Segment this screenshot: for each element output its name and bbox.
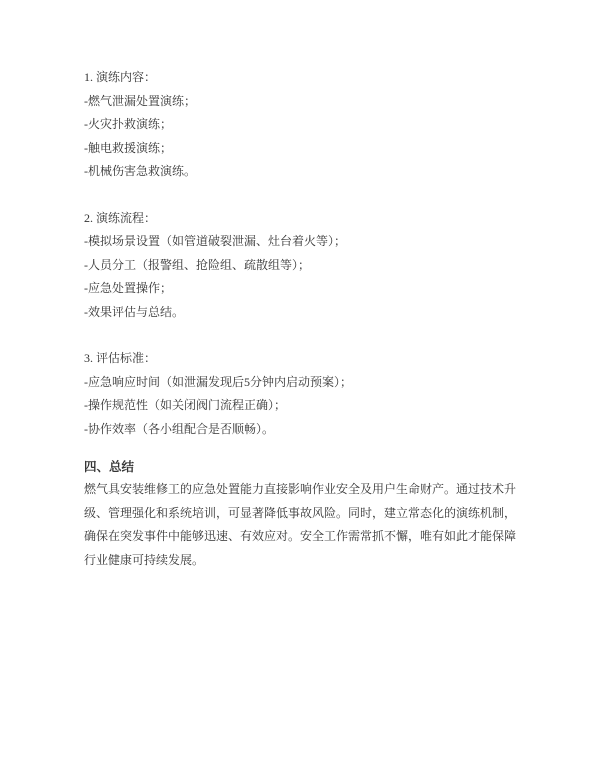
list-item: -触电救援演练； [84,137,516,161]
list-item: -操作规范性（如关闭阀门流程正确）； [84,394,516,418]
list-item: -模拟场景设置（如管道破裂泄漏、灶台着火等）； [84,230,516,254]
list-item: -人员分工（报警组、抢险组、疏散组等）； [84,254,516,278]
list-item: -燃气泄漏处置演练； [84,90,516,114]
section-drill-process: 2. 演练流程： -模拟场景设置（如管道破裂泄漏、灶台着火等）； -人员分工（报… [84,207,516,325]
list-item: -应急响应时间（如泄漏发现后5分钟内启动预案）； [84,371,516,395]
section-drill-content: 1. 演练内容： -燃气泄漏处置演练； -火灾扑救演练； -触电救援演练； -机… [84,66,516,184]
list-item: -协作效率（各小组配合是否顺畅）。 [84,418,516,442]
section-title: 3. 评估标准： [84,347,516,371]
section-title: 1. 演练内容： [84,66,516,90]
summary-heading: 四、总结 [84,457,516,478]
section-title: 2. 演练流程： [84,207,516,231]
list-item: -机械伤害急救演练。 [84,160,516,184]
list-item: -火灾扑救演练； [84,113,516,137]
list-item: -应急处置操作； [84,277,516,301]
document-page: 1. 演练内容： -燃气泄漏处置演练； -火灾扑救演练； -触电救援演练； -机… [0,0,600,776]
list-item: -效果评估与总结。 [84,301,516,325]
section-evaluation-criteria: 3. 评估标准： -应急响应时间（如泄漏发现后5分钟内启动预案）； -操作规范性… [84,347,516,441]
document-content: 1. 演练内容： -燃气泄漏处置演练； -火灾扑救演练； -触电救援演练； -机… [0,0,600,572]
summary-paragraph: 燃气具安装维修工的应急处置能力直接影响作业安全及用户生命财产。通过技术升级、管理… [84,478,516,572]
